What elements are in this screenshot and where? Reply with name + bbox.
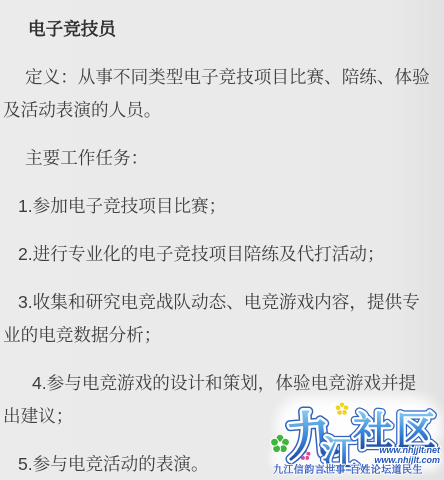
- definition-line-1: 定义：从事不同类型电子竞技项目比赛、陪练、体验: [0, 61, 444, 94]
- definition-line-2: 及活动表演的人员。: [0, 94, 444, 127]
- task-item-1-text: 1.参加电子竞技项目比赛；: [0, 190, 444, 223]
- task-item-4: 4.参与电竞游戏的设计和策划，体验电竞游戏并提 出建议；: [0, 367, 444, 433]
- task-item-3-line-2: 业的电竞数据分析；: [0, 319, 444, 352]
- task-item-5-text: 5.参与电竞活动的表演。: [0, 448, 444, 480]
- task-item-5: 5.参与电竞活动的表演。: [0, 448, 444, 480]
- tasks-heading: 主要工作任务：: [0, 142, 444, 175]
- task-item-4-line-1: 4.参与电竞游戏的设计和策划，体验电竞游戏并提: [0, 367, 444, 400]
- page-title: 电子竞技员: [0, 13, 444, 46]
- definition-paragraph: 定义：从事不同类型电子竞技项目比赛、陪练、体验 及活动表演的人员。: [0, 61, 444, 127]
- task-item-3: 3.收集和研究电竞战队动态、电竞游戏内容，提供专 业的电竞数据分析；: [0, 286, 444, 352]
- task-item-1: 1.参加电子竞技项目比赛；: [0, 190, 444, 223]
- title-block: 电子竞技员: [0, 13, 444, 46]
- document-page: 电子竞技员 定义：从事不同类型电子竞技项目比赛、陪练、体验 及活动表演的人员。 …: [0, 0, 444, 480]
- task-item-4-line-2: 出建议；: [0, 400, 444, 433]
- task-item-2-text: 2.进行专业化的电子竞技项目陪练及代打活动；: [0, 238, 444, 271]
- task-item-2: 2.进行专业化的电子竞技项目陪练及代打活动；: [0, 238, 444, 271]
- tasks-heading-block: 主要工作任务：: [0, 142, 444, 175]
- task-item-3-line-1: 3.收集和研究电竞战队动态、电竞游戏内容，提供专: [0, 286, 444, 319]
